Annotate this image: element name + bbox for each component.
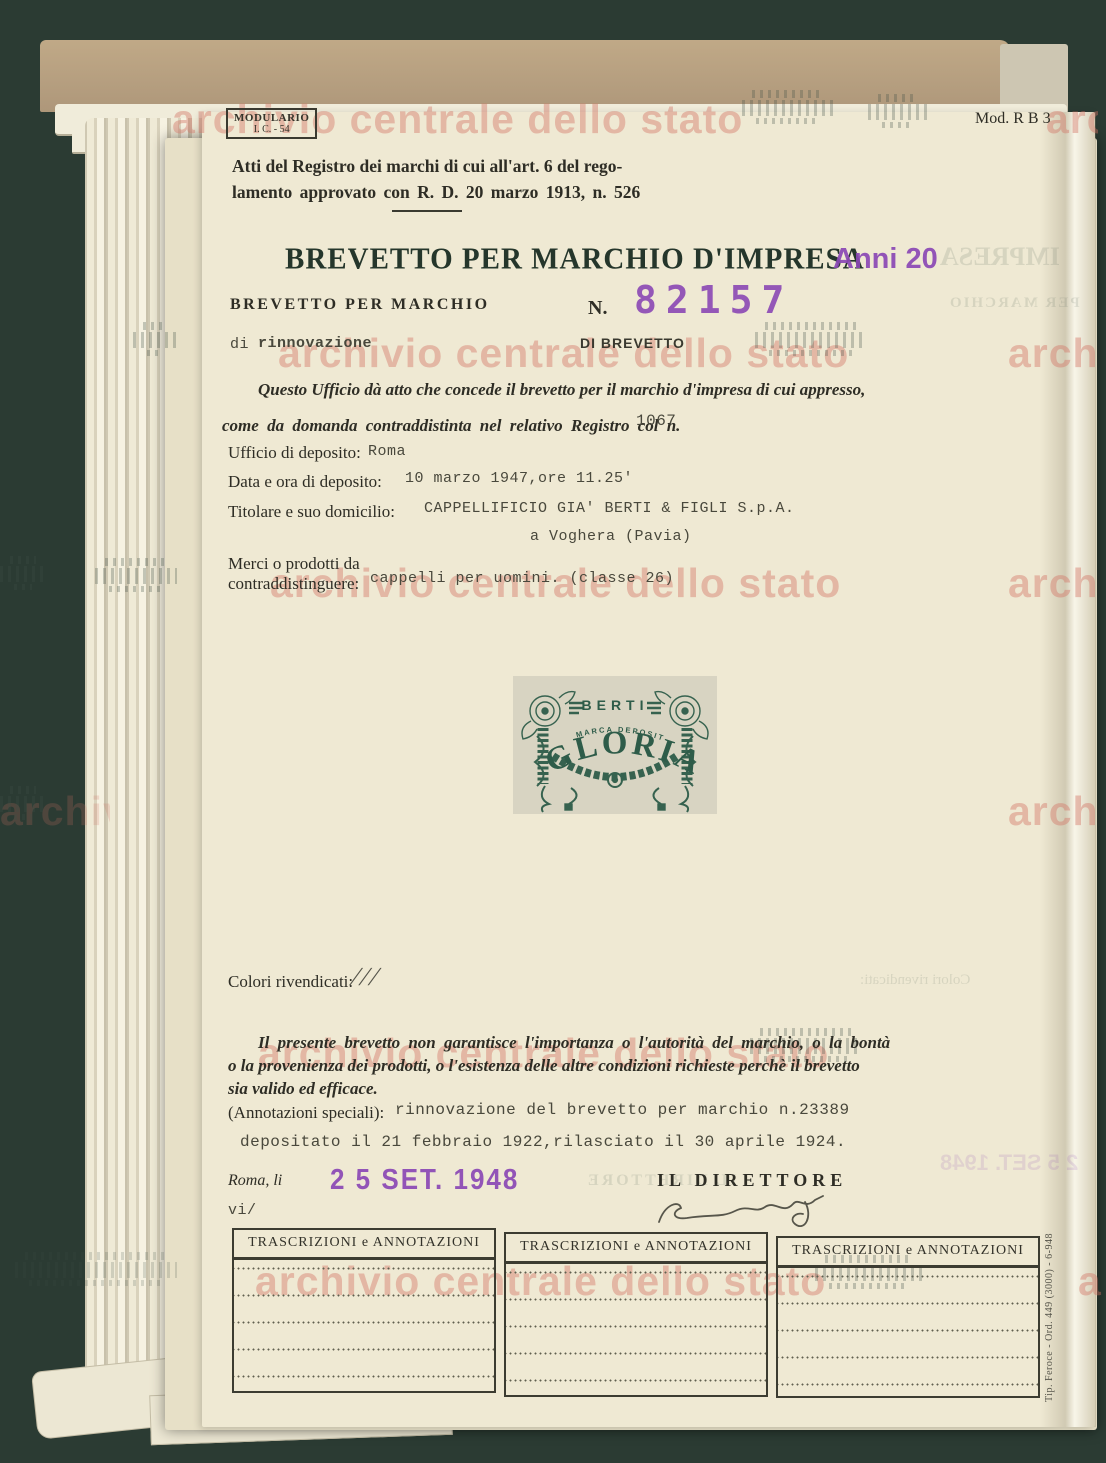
annotations-value-2: depositato il 21 febbraio 1922,rilasciat… bbox=[240, 1133, 846, 1151]
modulario-label: MODULARIO bbox=[234, 112, 309, 124]
patent-number-stamp: 82157 bbox=[634, 278, 793, 322]
transcriptions-rows bbox=[506, 1264, 766, 1396]
goods-value: cappelli per uomini. (classe 26) bbox=[370, 570, 674, 587]
clerk-initials: vi/ bbox=[228, 1202, 257, 1219]
archive-watermark-partial: archivio centrale dello stato bbox=[1008, 788, 1096, 834]
colonnade-logo-icon bbox=[133, 322, 177, 356]
regulation-underline bbox=[392, 210, 462, 212]
disclaimer-line-3: sia valido ed efficace. bbox=[228, 1079, 378, 1099]
ghost-colors-label: Colori rivendicati: bbox=[860, 972, 970, 989]
grant-line-2: come da domanda contraddistinta nel rela… bbox=[222, 416, 680, 436]
colonnade-logo-icon bbox=[868, 94, 928, 128]
trademark-stamp: BERTI MARCA DEPOSITATA GLORIA bbox=[513, 676, 717, 814]
regulation-line-1: Atti del Registro dei marchi di cui all'… bbox=[232, 156, 622, 177]
ghost-date-stamp: 2 5 SET. 1948 bbox=[940, 1150, 1078, 1176]
ghost-title: BREVETTO PER MARCHIO D'IMPRESA bbox=[940, 242, 1060, 276]
number-label: N. bbox=[588, 297, 607, 320]
office-label: Ufficio di deposito: bbox=[228, 443, 361, 463]
disclaimer-line-2: o la provenienza dei prodotti, o l'esist… bbox=[228, 1056, 860, 1076]
transcriptions-header: TRASCRIZIONI e ANNOTAZIONI bbox=[506, 1234, 766, 1264]
grant-line-1: Questo Ufficio dà atto che concede il br… bbox=[258, 380, 865, 400]
years-stamp: Anni 20 bbox=[833, 243, 938, 276]
disclaimer-line-1: Il presente brevetto non garantisce l'im… bbox=[258, 1033, 890, 1053]
modulario-number: I. C. - 54 bbox=[234, 124, 309, 135]
type-prefix: di bbox=[230, 336, 249, 353]
register-number-value: 1067 bbox=[636, 412, 676, 430]
transcriptions-table-col-3: TRASCRIZIONI e ANNOTAZIONI bbox=[776, 1236, 1040, 1398]
colonnade-logo-icon bbox=[0, 556, 46, 590]
archive-watermark-partial: archivio centrale dello stato bbox=[1078, 1258, 1104, 1304]
holder-value: CAPPELLIFICIO GIA' BERTI & FIGLI S.p.A. bbox=[424, 500, 795, 517]
transcriptions-rows bbox=[778, 1268, 1038, 1400]
transcriptions-header: TRASCRIZIONI e ANNOTAZIONI bbox=[778, 1238, 1038, 1268]
stamp-brand-top: BERTI bbox=[582, 697, 649, 713]
place-date-label: Roma, li bbox=[228, 1172, 282, 1190]
page-title: BREVETTO PER MARCHIO D'IMPRESA bbox=[285, 242, 865, 277]
regulation-line-2: lamento approvato con R. D. 20 marzo 191… bbox=[232, 182, 640, 203]
goods-label-1: Merci o prodotti da bbox=[228, 554, 360, 574]
annotations-value-1: rinnovazione del brevetto per marchio n.… bbox=[395, 1101, 850, 1119]
goods-label-2: contraddistinguere: bbox=[228, 574, 359, 594]
archive-watermark-partial: archivio centrale dello stato bbox=[1046, 96, 1098, 142]
colors-claimed-value: /// bbox=[349, 962, 383, 992]
archive-watermark-partial: archivio centrale dello stato bbox=[1008, 560, 1096, 606]
deposit-date-value: 10 marzo 1947,ore 11.25' bbox=[405, 470, 633, 487]
colonnade-logo-icon bbox=[95, 558, 177, 592]
scanned-book-photo: { "meta": { "modulario_line1": "MODULARI… bbox=[0, 0, 1106, 1463]
type-value: rinnovazione bbox=[258, 335, 372, 352]
ghost-subtitle: BREVETTO PER MARCHIO bbox=[948, 294, 1088, 316]
deposit-date-label: Data e ora di deposito: bbox=[228, 472, 382, 492]
transcriptions-table-col-2: TRASCRIZIONI e ANNOTAZIONI bbox=[504, 1232, 768, 1397]
modulario-box: MODULARIO I. C. - 54 bbox=[226, 108, 317, 139]
model-reference: Mod. R B 3 bbox=[975, 110, 1051, 128]
date-stamp: 2 5 SET. 1948 bbox=[330, 1162, 519, 1196]
transcriptions-rows bbox=[234, 1260, 494, 1392]
annotations-label: (Annotazioni speciali): bbox=[228, 1103, 384, 1123]
trademark-stamp-graphic: BERTI MARCA DEPOSITATA GLORIA bbox=[513, 676, 717, 814]
holder-label: Titolare e suo domicilio: bbox=[228, 502, 395, 522]
colonnade-logo-icon bbox=[0, 786, 46, 820]
colonnade-logo-icon bbox=[15, 1252, 177, 1286]
archive-watermark-partial: archivio centrale dello stato bbox=[1008, 330, 1096, 376]
office-value: Roma bbox=[368, 443, 406, 460]
holder-value-city: a Voghera (Pavia) bbox=[530, 528, 692, 545]
printer-reference: Tip. Feroce - Ord. 449 (3000) - 6-948 bbox=[1044, 1232, 1055, 1402]
colors-claimed-label: Colori rivendicati: bbox=[228, 972, 353, 992]
colonnade-logo-icon bbox=[742, 90, 834, 124]
transcriptions-table-col-1: TRASCRIZIONI e ANNOTAZIONI bbox=[232, 1228, 496, 1393]
brevetto-subtitle: BREVETTO PER MARCHIO bbox=[230, 296, 490, 314]
transcriptions-header: TRASCRIZIONI e ANNOTAZIONI bbox=[234, 1230, 494, 1260]
type-suffix: DI BREVETTO bbox=[580, 335, 685, 351]
colonnade-logo-icon bbox=[755, 322, 867, 356]
